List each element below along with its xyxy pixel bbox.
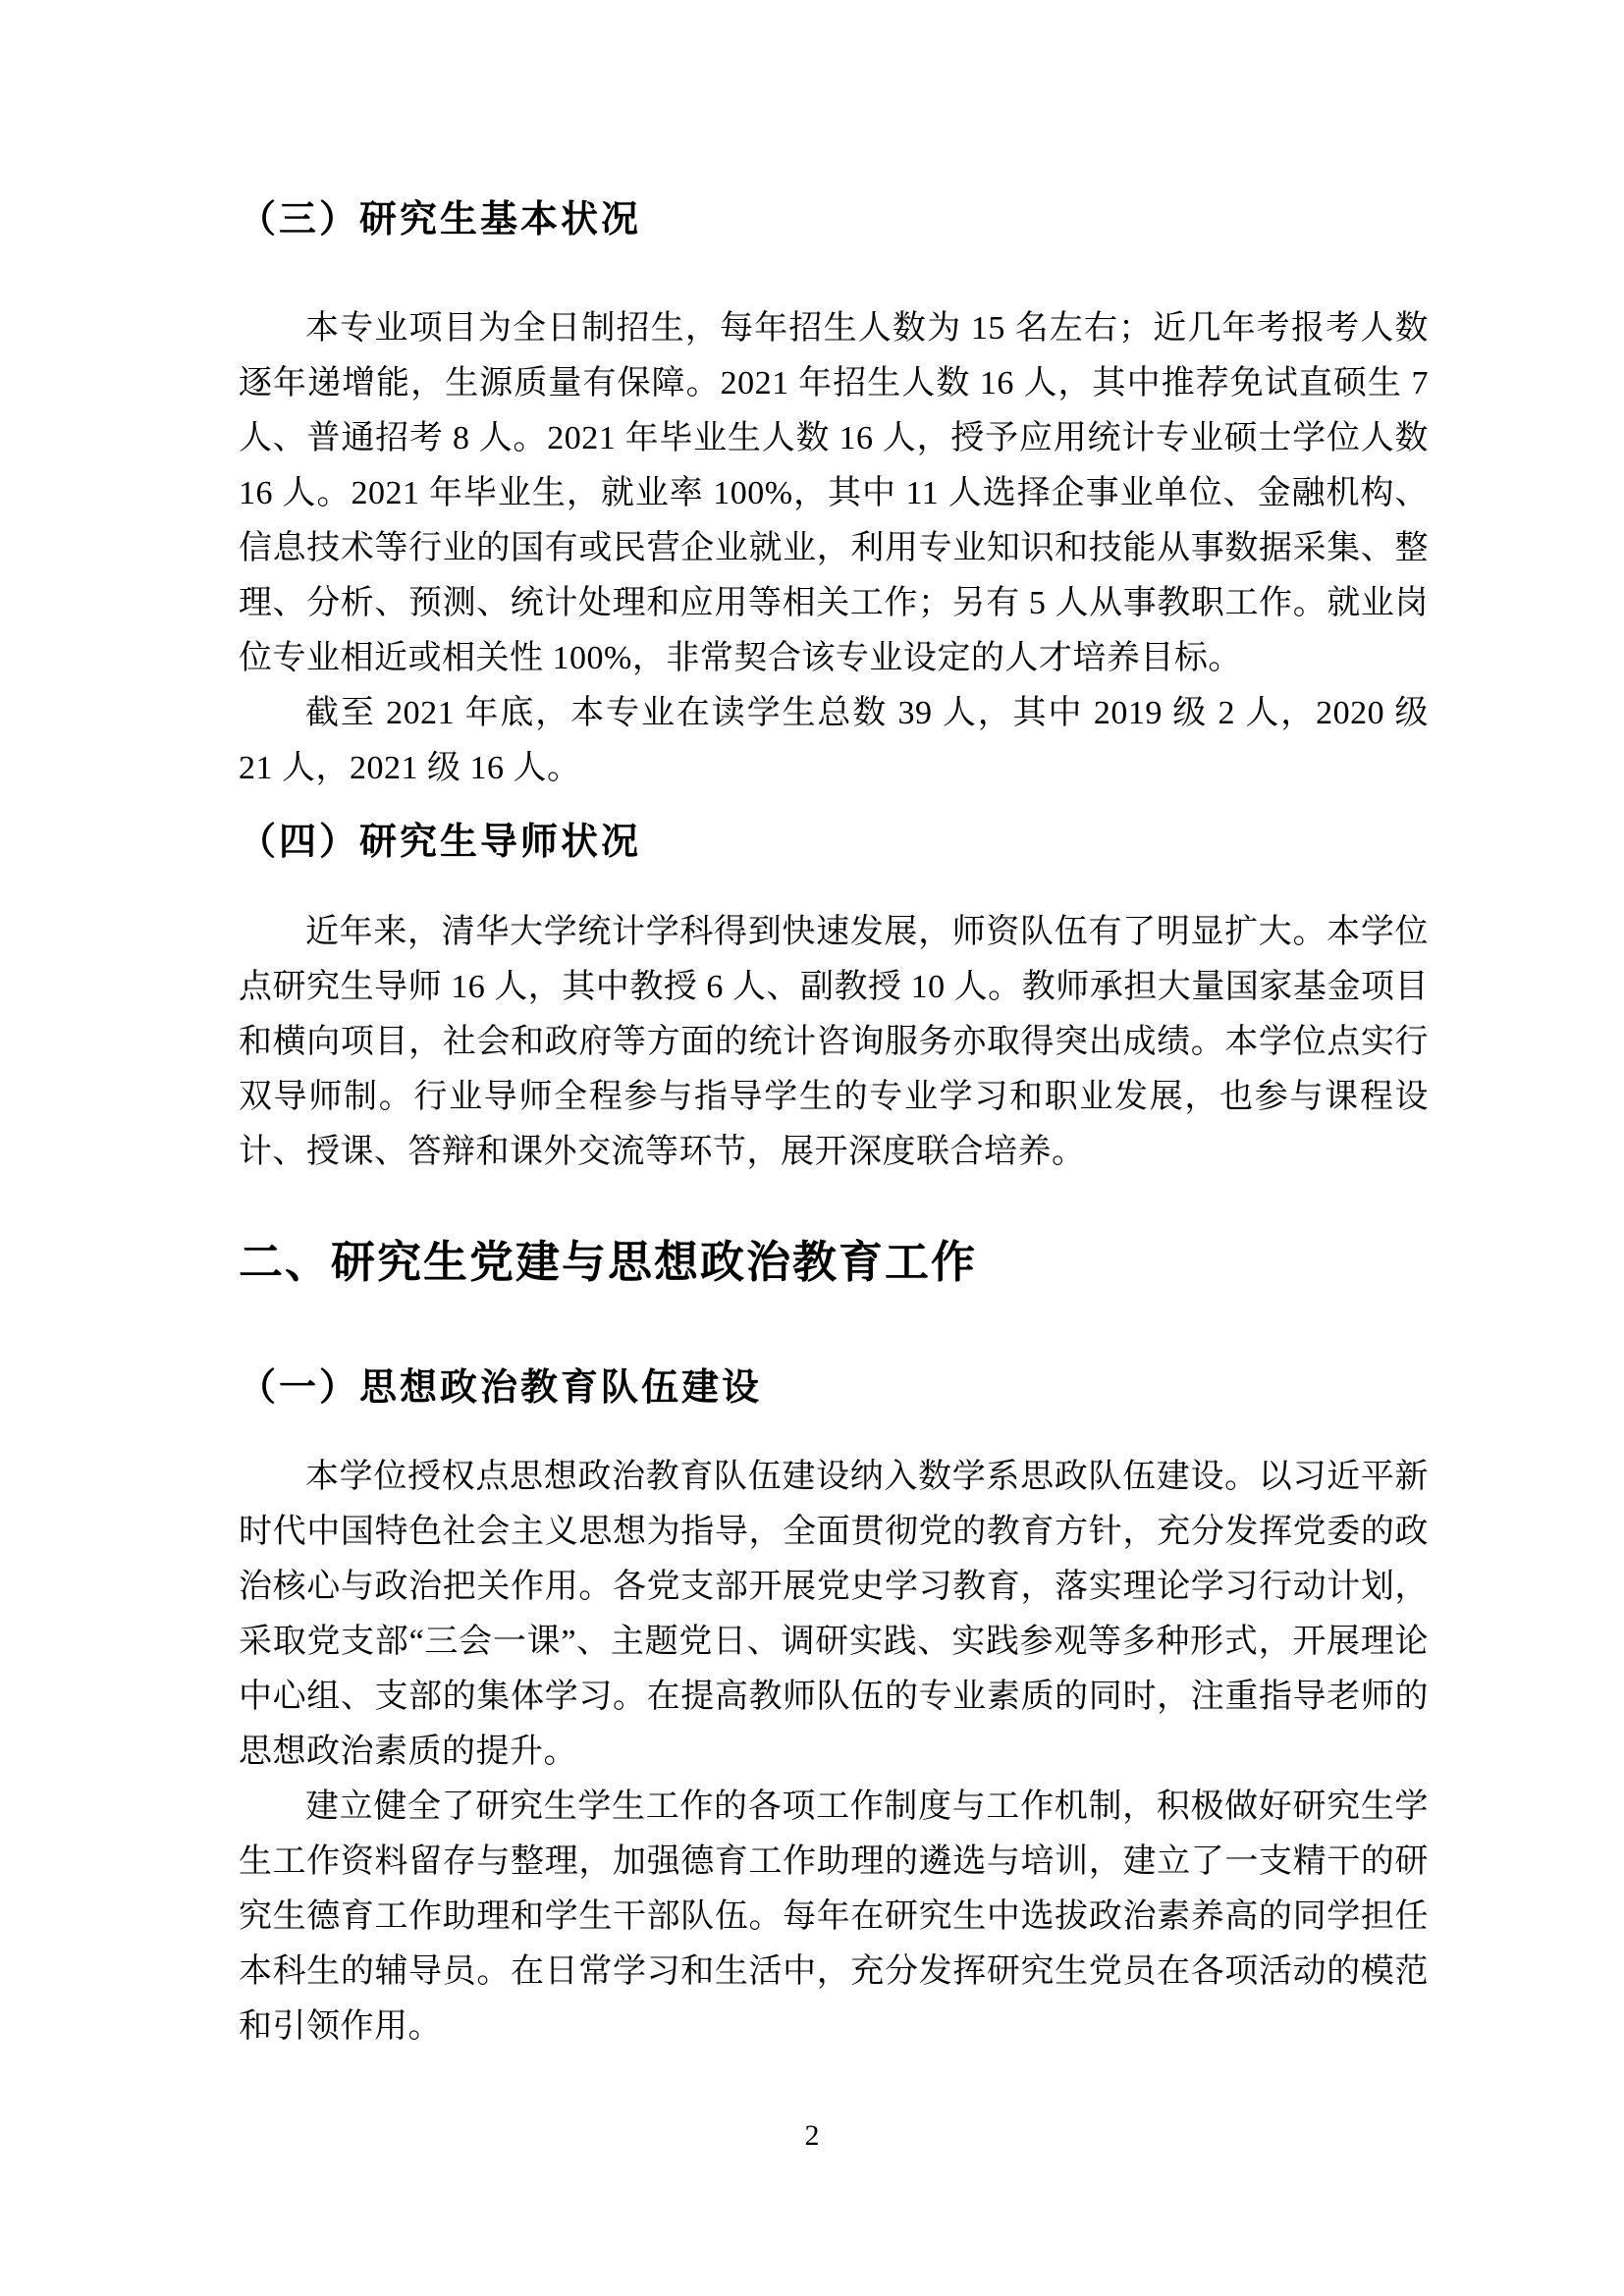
paragraph: 截至 2021 年底，本专业在读学生总数 39 人，其中 2019 级 2 人，…: [239, 686, 1429, 796]
section-heading-2-1: （一）思想政治教育队伍建设: [239, 1364, 1429, 1412]
paragraph: 近年来，清华大学统计学科得到快速发展，师资队伍有了明显扩大。本学位点研究生导师 …: [239, 905, 1429, 1180]
section-heading-3: （三）研究生基本状况: [239, 196, 1429, 243]
paragraph: 本学位授权点思想政治教育队伍建设纳入数学系思政队伍建设。以习近平新时代中国特色社…: [239, 1450, 1429, 1780]
page-number: 2: [0, 2118, 1624, 2154]
page-content: （三）研究生基本状况 本专业项目为全日制招生，每年招生人数为 15 名左右；近几…: [239, 0, 1429, 2055]
document-page: （三）研究生基本状况 本专业项目为全日制招生，每年招生人数为 15 名左右；近几…: [0, 0, 1624, 2296]
paragraph: 建立健全了研究生学生工作的各项工作制度与工作机制，积极做好研究生学生工作资料留存…: [239, 1780, 1429, 2055]
section-heading-4: （四）研究生导师状况: [239, 819, 1429, 866]
chapter-heading-2: 二、研究生党建与思想政治教育工作: [239, 1233, 1429, 1292]
paragraph: 本专业项目为全日制招生，每年招生人数为 15 名左右；近几年考报考人数逐年递增能…: [239, 301, 1429, 686]
